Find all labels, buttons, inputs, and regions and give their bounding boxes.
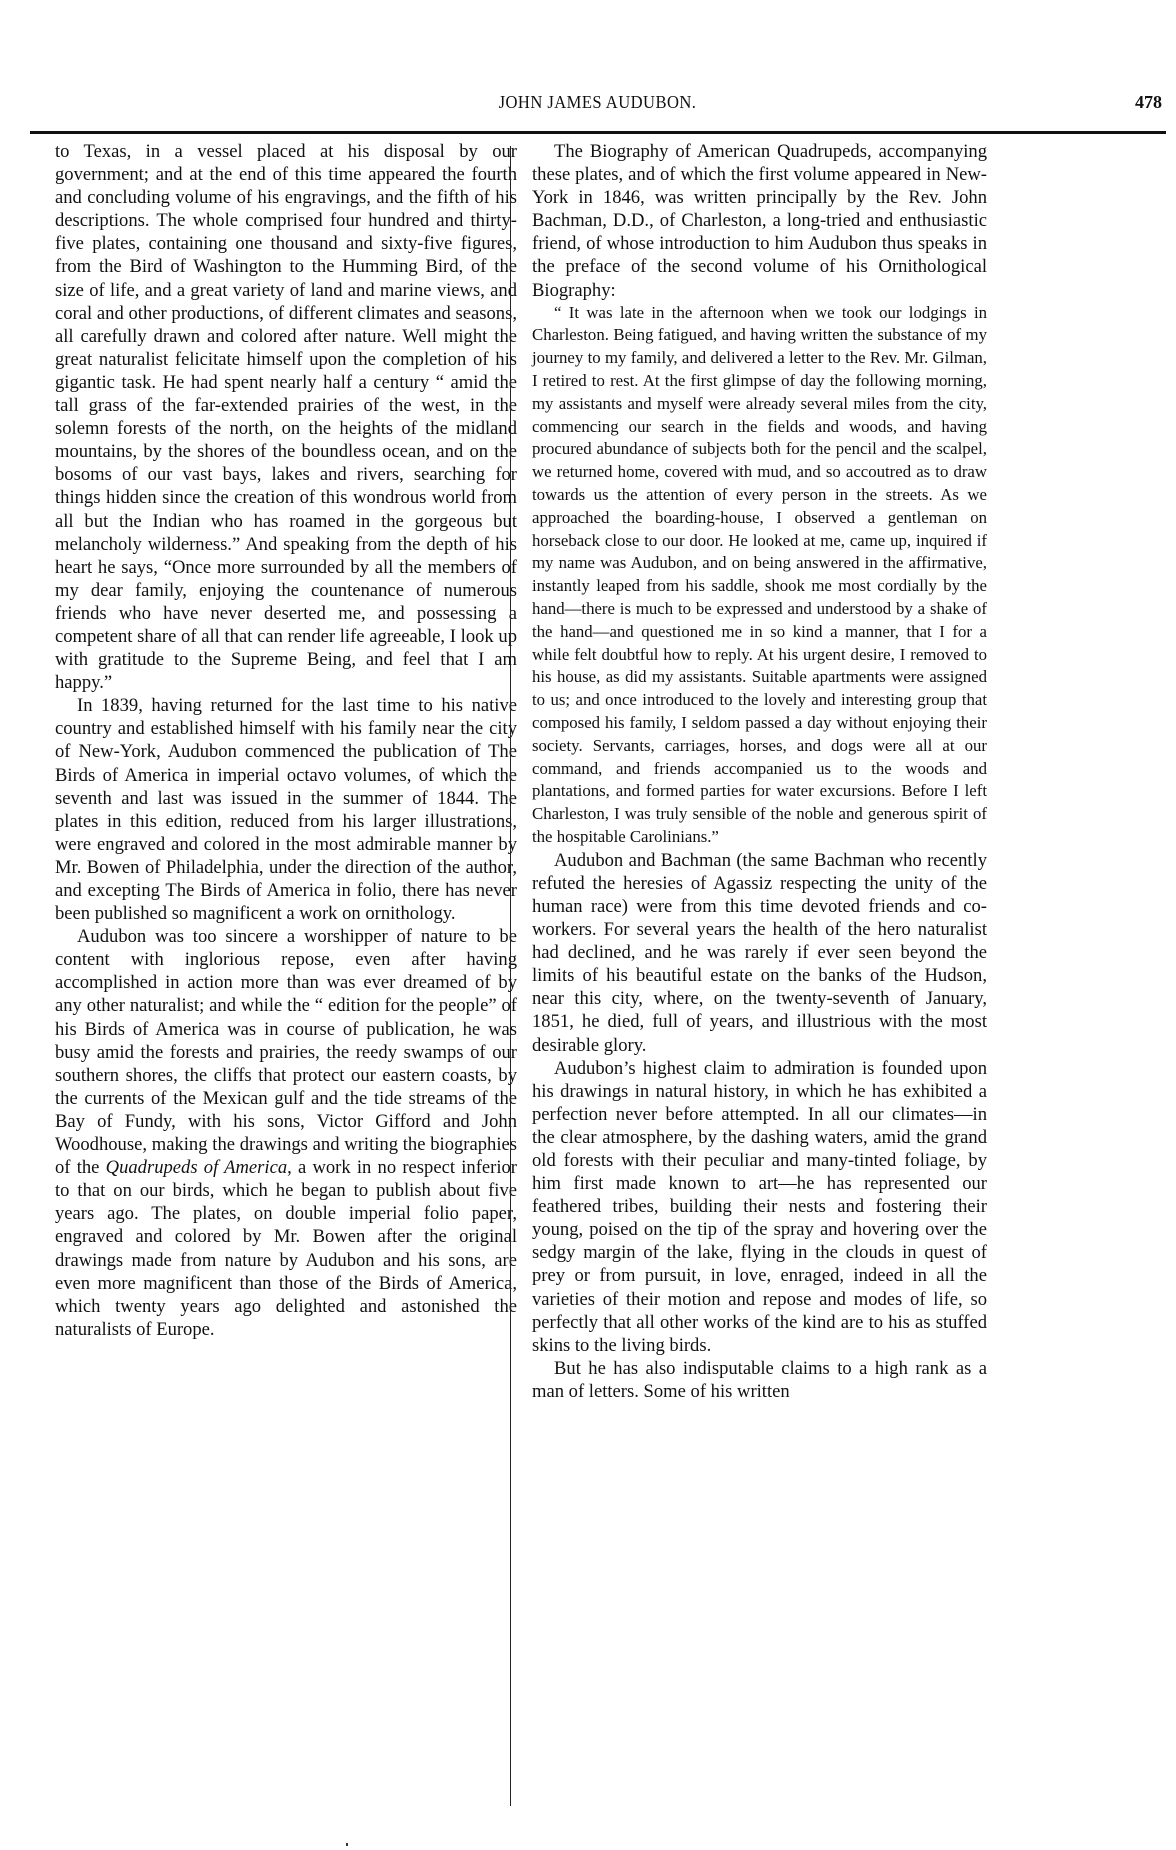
paragraph: The Biography of American Quadrupeds, ac… — [532, 140, 987, 302]
paragraph: But he has also indisputable claims to a… — [532, 1357, 987, 1403]
text-run: Audubon was too sincere a worshipper of … — [55, 926, 517, 1178]
block-quote: “ It was late in the afternoon when we t… — [532, 302, 987, 849]
print-mark — [346, 1843, 348, 1846]
paragraph: Audubon’s highest claim to admiration is… — [532, 1057, 987, 1357]
paragraph: Audubon was too sincere a worshipper of … — [55, 925, 517, 1341]
page-header: JOHN JAMES AUDUBON. 478 — [30, 92, 1165, 116]
paragraph: In 1839, having returned for the last ti… — [55, 694, 517, 925]
page-number: 478 — [1135, 92, 1162, 113]
paragraph: to Texas, in a vessel placed at his disp… — [55, 140, 517, 694]
text-run: , a work in no respect inferior to that … — [55, 1157, 517, 1340]
italic-title: Quadrupeds of America — [106, 1157, 287, 1178]
left-column: to Texas, in a vessel placed at his disp… — [55, 140, 517, 1341]
running-title: JOHN JAMES AUDUBON. — [75, 92, 1119, 113]
column-divider — [510, 146, 511, 1806]
paragraph: Audubon and Bachman (the same Bachman wh… — [532, 849, 987, 1057]
header-rule — [30, 131, 1166, 134]
quote-text: “ It was late in the afternoon when we t… — [532, 302, 987, 849]
right-column: The Biography of American Quadrupeds, ac… — [532, 140, 987, 1403]
